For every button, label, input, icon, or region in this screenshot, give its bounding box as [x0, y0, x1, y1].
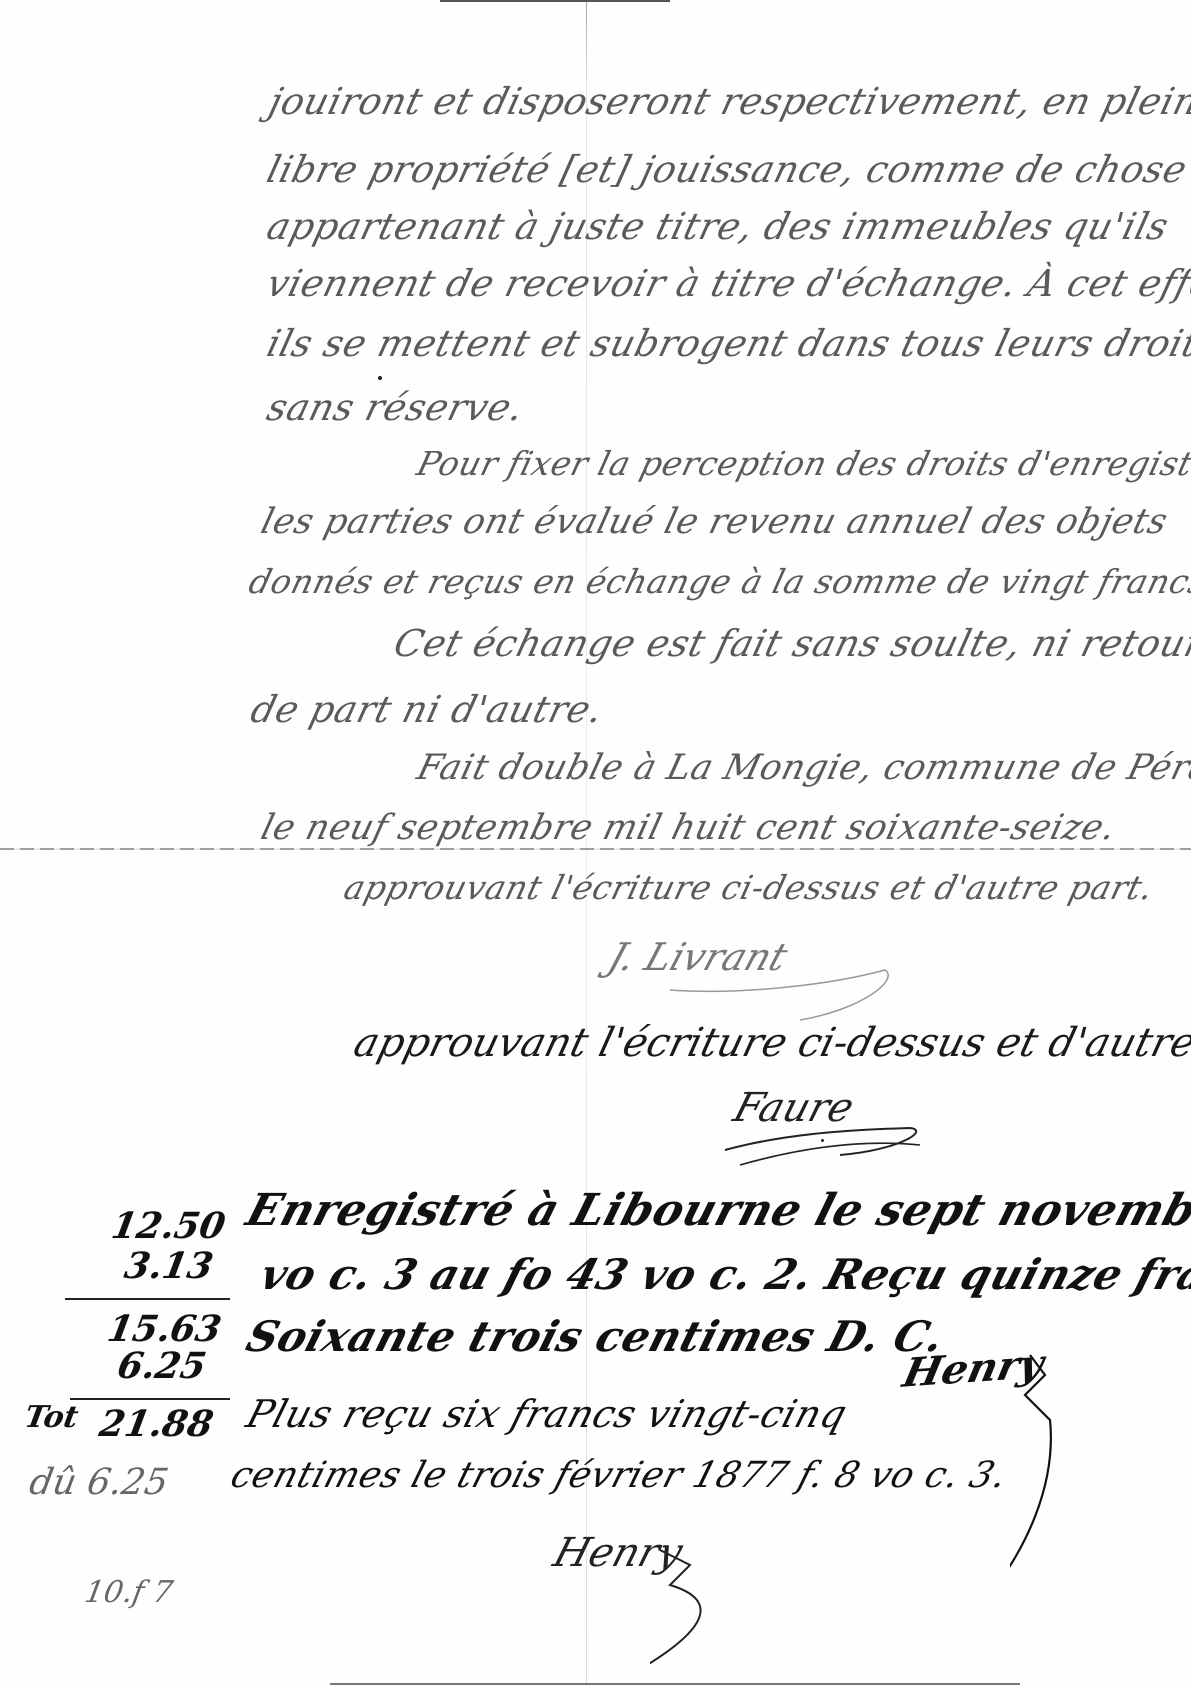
body-line: sans réserve. [263, 386, 529, 429]
body-line: de part ni d'autre. [247, 688, 608, 731]
page-edge-bottom [330, 1683, 1020, 1685]
body-line: viennent de recevoir à titre d'échange. … [263, 262, 1191, 305]
body-line: libre propriété [et] jouissance, comme d… [263, 148, 1191, 191]
registration-line: Enregistré à Libourne le sept novembre 1… [241, 1185, 1191, 1236]
registration-line: vo c. 3 au fo 43 vo c. 2. Reçu quinze fr… [255, 1250, 1191, 1299]
calc-value: 15.63 [104, 1308, 224, 1350]
signature-livrant: J. Livrant [603, 935, 793, 979]
calc-value: 12.50 [108, 1205, 228, 1247]
registration-line: Soixante trois centimes D. C. [241, 1312, 950, 1361]
body-line: appartenant à juste titre, des immeubles… [263, 205, 1173, 248]
signature-henry-1: Henry [899, 1340, 1048, 1396]
ink-speck [821, 1139, 824, 1142]
body-line: approuvant l'écriture ci-dessus et d'aut… [340, 868, 1157, 907]
body-line: les parties ont évalué le revenu annuel … [257, 502, 1172, 542]
body-line: le neuf septembre mil huit cent soixante… [257, 808, 1120, 848]
supplement-line: Plus reçu six francs vingt-cinq [242, 1392, 853, 1436]
calc-total-label: Tot [22, 1400, 81, 1435]
signature-henry-2: Henry [548, 1530, 687, 1576]
document-page: jouiront et disposeront respectivement, … [0, 0, 1191, 1686]
signature-flourish-icon [1010, 1350, 1090, 1650]
horizontal-fold-line [0, 848, 1191, 850]
calc-rule [65, 1298, 230, 1300]
body-line: ils se mettent et subrogent dans tous le… [263, 322, 1191, 365]
calc-bottom-note: 10.f 7 [82, 1575, 176, 1610]
body-line: jouiront et disposeront respectivement, … [265, 80, 1191, 123]
body-line: Fait double à La Mongie, commune de Péra… [413, 748, 1191, 788]
calc-value: 3.13 [121, 1245, 216, 1287]
ink-speck [378, 376, 382, 380]
page-edge-top [440, 0, 670, 2]
calc-value: 6.25 [114, 1345, 209, 1387]
calc-rule [70, 1398, 230, 1400]
signature-faure: Faure [728, 1085, 859, 1131]
calc-pencil-note: dû 6.25 [26, 1462, 171, 1503]
calc-total: 21.88 [96, 1403, 216, 1445]
approval-line: approuvant l'écriture ci-dessus et d'aut… [349, 1020, 1191, 1066]
body-line: Pour fixer la perception des droits d'en… [413, 444, 1191, 483]
body-line: Cet échange est fait sans soulte, ni ret… [390, 622, 1191, 665]
body-line: donnés et reçus en échange à la somme de… [245, 562, 1191, 601]
supplement-line: centimes le trois février 1877 f. 8 vo c… [226, 1455, 1012, 1496]
